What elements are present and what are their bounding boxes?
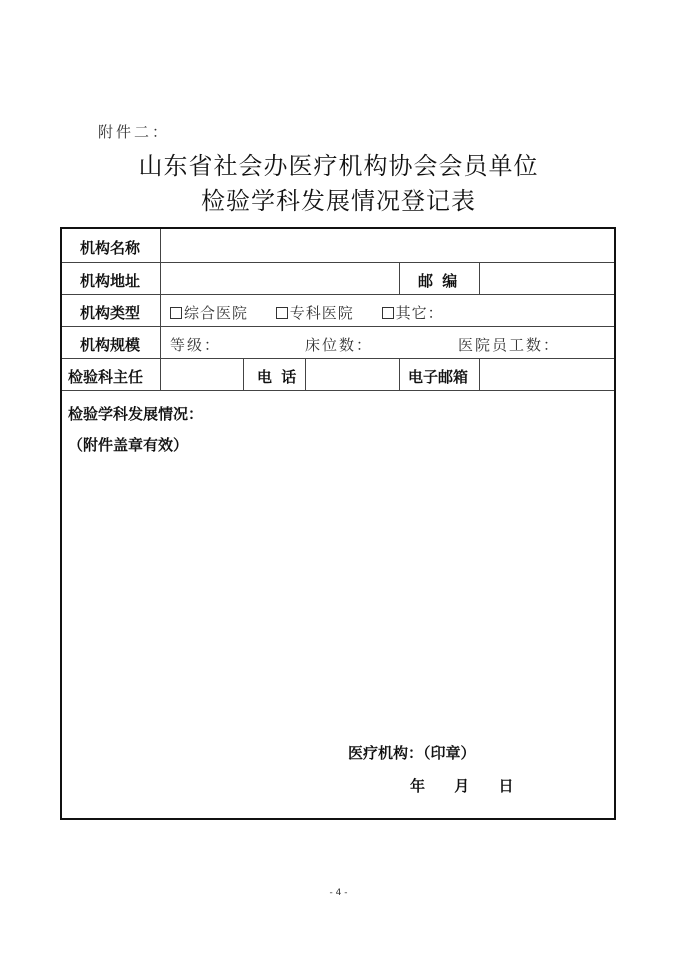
column-divider (399, 358, 400, 391)
page-number: - 4 - (0, 888, 677, 898)
institution-name-field[interactable] (170, 237, 610, 257)
development-heading: 检验学科发展情况： (68, 403, 203, 424)
postcode-field[interactable] (488, 270, 608, 290)
column-divider (399, 262, 400, 295)
column-divider (243, 358, 244, 391)
institution-seal-label: 医疗机构：（印章） (348, 742, 476, 763)
grade-field[interactable]: 等级： (170, 334, 221, 355)
registration-form: 机构名称 机构地址 邮 编 机构类型 综合医院 专科医院 其它： 机构规模 等级… (60, 227, 616, 820)
date-label: 年 月 日 (410, 775, 516, 796)
lab-director-field[interactable] (166, 366, 238, 386)
column-divider (479, 358, 480, 391)
form-title-line1: 山东省社会办医疗机构协会会员单位 (0, 146, 677, 181)
institution-type-options: 综合医院 专科医院 其它： (170, 302, 466, 323)
phone-label: 电 话 (257, 366, 298, 387)
institution-type-label: 机构类型 (80, 302, 140, 323)
column-divider (479, 262, 480, 295)
column-divider (160, 229, 161, 391)
checkbox-icon[interactable] (382, 307, 394, 319)
row-divider (62, 390, 614, 391)
option-specialty-hospital[interactable]: 专科医院 (276, 302, 354, 323)
institution-address-label: 机构地址 (80, 270, 140, 291)
checkbox-icon[interactable] (276, 307, 288, 319)
bed-count-field[interactable]: 床位数： (305, 334, 373, 355)
lab-director-label: 检验科主任 (68, 366, 143, 387)
option-general-hospital[interactable]: 综合医院 (170, 302, 248, 323)
row-divider (62, 294, 614, 295)
institution-scale-label: 机构规模 (80, 334, 140, 355)
seal-note: （附件盖章有效） (68, 434, 188, 455)
phone-field[interactable] (311, 366, 395, 386)
attachment-label: 附件二： (98, 121, 170, 142)
institution-address-field[interactable] (170, 270, 390, 290)
row-divider (62, 326, 614, 327)
form-title-line2: 检验学科发展情况登记表 (0, 181, 677, 216)
option-other[interactable]: 其它： (382, 302, 444, 323)
row-divider (62, 358, 614, 359)
column-divider (305, 358, 306, 391)
email-label: 电子邮箱 (408, 366, 468, 387)
institution-name-label: 机构名称 (80, 237, 140, 258)
staff-count-field[interactable]: 医院员工数： (458, 334, 560, 355)
checkbox-icon[interactable] (170, 307, 182, 319)
development-text-area[interactable] (68, 461, 608, 731)
postcode-label: 邮 编 (418, 270, 459, 291)
row-divider (62, 262, 614, 263)
email-field[interactable] (486, 366, 610, 386)
